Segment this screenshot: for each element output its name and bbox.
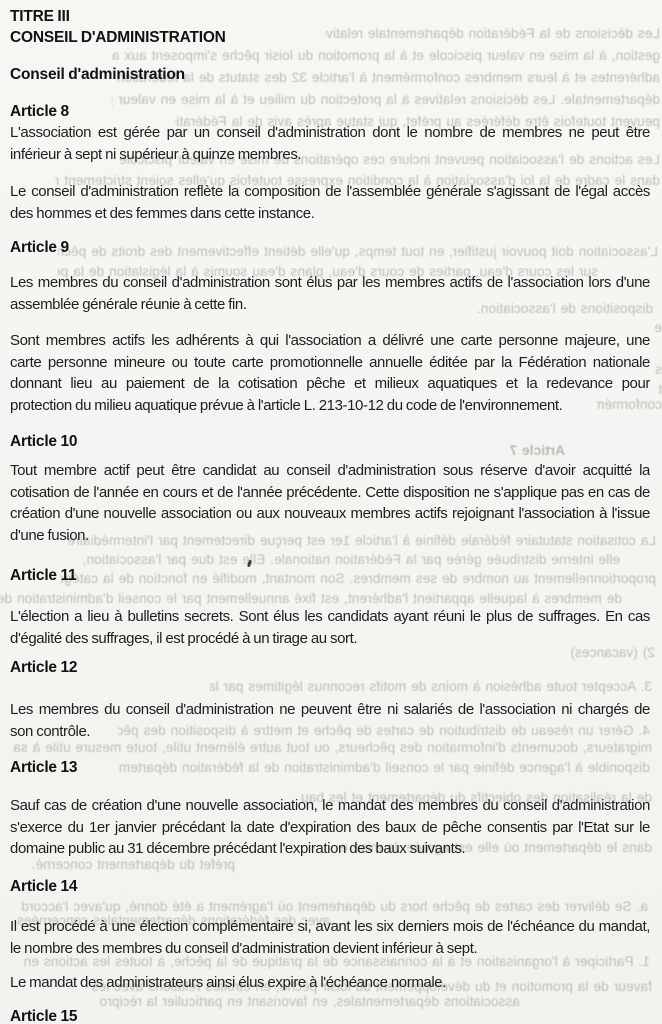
scan-artifact-layer	[0, 0, 662, 1024]
ink-speck	[247, 560, 252, 568]
scanned-document-page: Les décisions de la Fédération départeme…	[0, 0, 662, 1024]
